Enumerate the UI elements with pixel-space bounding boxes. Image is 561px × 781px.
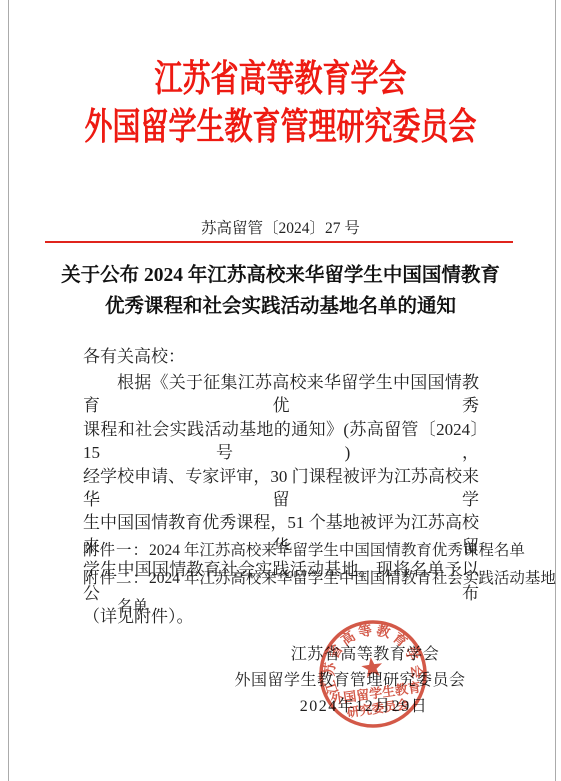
attachment-item-1: 附件一：2024 年江苏高校来华留学生中国国情教育优秀课程名单 xyxy=(83,537,503,565)
document-page: 江苏省高等教育学会 外国留学生教育管理研究委员会 苏高留管〔2024〕27 号 … xyxy=(0,0,561,781)
attachments-list: 附件一：2024 年江苏高校来华留学生中国国情教育优秀课程名单 附件二：2024… xyxy=(83,537,503,621)
letterhead-org-line1: 江苏省高等教育学会 xyxy=(0,62,561,99)
letterhead-org-line2: 外国留学生教育管理研究委员会 xyxy=(0,110,561,147)
attachment-2-text-continued: 名单 xyxy=(83,593,503,621)
attachment-2-label: 附件二： xyxy=(83,570,149,587)
red-divider-line xyxy=(45,241,513,243)
paragraph-line: 根据《关于征集江苏高校来华留学生中国国情教育优秀 xyxy=(83,371,479,418)
notice-title: 关于公布 2024 年江苏高校来华留学生中国国情教育 优秀课程和社会实践活动基地… xyxy=(40,260,521,322)
salutation: 各有关高校： xyxy=(83,346,479,368)
attachment-1-text: 2024 年江苏高校来华留学生中国国情教育优秀课程名单 xyxy=(149,542,525,559)
attachment-item-2: 附件二：2024 年江苏高校来华留学生中国国情教育社会实践活动基地 xyxy=(83,565,503,593)
attachment-2-text: 2024 年江苏高校来华留学生中国国情教育社会实践活动基地 xyxy=(149,570,556,587)
seal-star-icon xyxy=(360,656,383,679)
paragraph-line: 课程和社会实践活动基地的通知》(苏高留管〔2024〕15 号)， xyxy=(83,418,479,465)
document-number: 苏高留管〔2024〕27 号 xyxy=(0,216,561,238)
official-seal-stamp: 江苏省高等教育学会 外国留学生教育 研究委员会 xyxy=(316,617,430,731)
paragraph-line: 经学校申请、专家评审，30 门课程被评为江苏高校来华留学 xyxy=(83,465,479,512)
attachment-1-label: 附件一： xyxy=(83,542,149,559)
letterhead: 江苏省高等教育学会 外国留学生教育管理研究委员会 xyxy=(0,62,561,138)
notice-title-line2: 优秀课程和社会实践活动基地名单的通知 xyxy=(40,291,521,322)
notice-title-line1: 关于公布 2024 年江苏高校来华留学生中国国情教育 xyxy=(40,260,521,291)
